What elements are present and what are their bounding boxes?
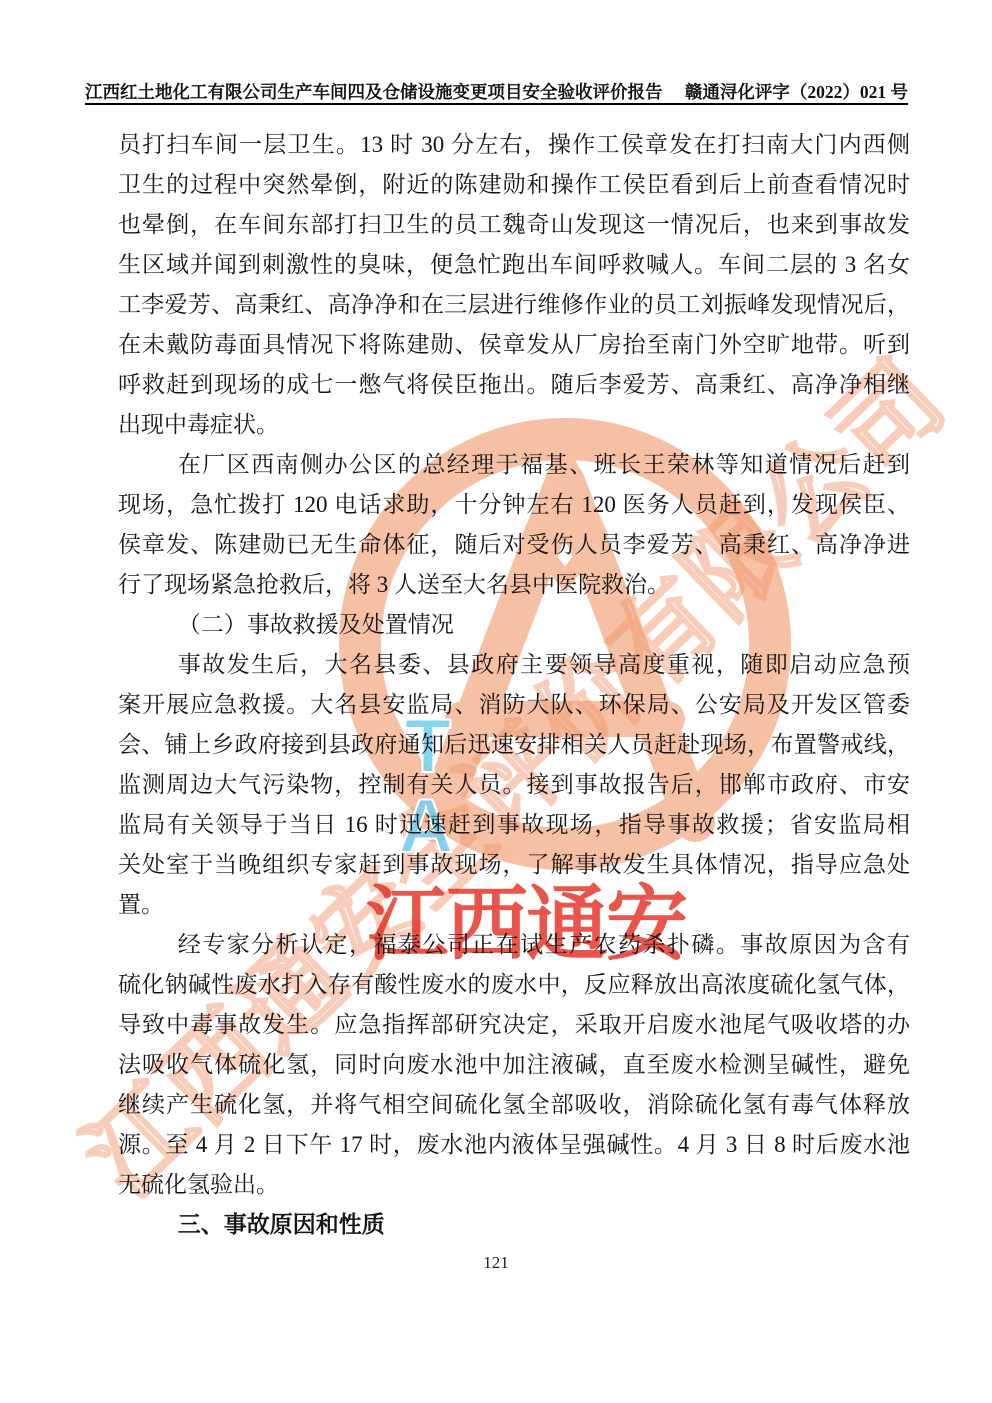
text-line: 现场，急忙拨打 120 电话求助，十分钟左右 120 医务人员赶到，发现侯臣、 (118, 485, 910, 525)
text-line: 员打扫车间一层卫生。13 时 30 分左右，操作工侯章发在打扫南大门内西侧 (118, 125, 910, 165)
text-line: 监局有关领导于当日 16 时迅速赶到事故现场，指导事故救援；省安监局相 (118, 805, 910, 845)
text-line: 侯章发、陈建勋已无生命体征，随后对受伤人员李爱芳、高秉红、高净净进 (118, 525, 910, 565)
text-line: 置。 (118, 885, 910, 925)
text-line: 监测周边大气污染物，控制有关人员。接到事故报告后，邯郸市政府、市安 (118, 765, 910, 805)
text-line: 硫化钠碱性废水打入存有酸性废水的废水中，反应释放出高浓度硫化氢气体， (118, 965, 910, 1005)
text-line: 经专家分析认定，福泰公司正在试生产农药杀扑磷。事故原因为含有 (118, 925, 910, 965)
text-line: 在未戴防毒面具情况下将陈建勋、侯章发从厂房抬至南门外空旷地带。听到 (118, 325, 910, 365)
page-number: 121 (0, 1253, 992, 1273)
page-header: 江西红土地化工有限公司生产车间四及仓储设施变更项目安全验收评价报告 赣通浔化评字… (85, 79, 908, 104)
text-line: 工李爱芳、高秉红、高净净和在三层进行维修作业的员工刘振峰发现情况后， (118, 285, 910, 325)
text-line: 事故发生后，大名县委、县政府主要领导高度重视，随即启动应急预 (118, 645, 910, 685)
report-page: 江西通安全评价有限公司 T A 江西通安 江西红土地化工有限公司生产 (0, 0, 992, 1403)
text-line: 导致中毒事故发生。应急指挥部研究决定，采取开启废水池尾气吸收塔的办 (118, 1005, 910, 1045)
text-line: 案开展应急救援。大名县安监局、消防大队、环保局、公安局及开发区管委 (118, 685, 910, 725)
text-line: 卫生的过程中突然晕倒，附近的陈建勋和操作工侯臣看到后上前查看情况时 (118, 165, 910, 205)
page-content: 江西红土地化工有限公司生产车间四及仓储设施变更项目安全验收评价报告 赣通浔化评字… (0, 0, 992, 1403)
text-line: 行了现场紧急抢救后，将 3 人送至大名县中医院救治。 (118, 565, 910, 605)
text-line: 三、事故原因和性质 (118, 1205, 910, 1245)
text-line: 在厂区西南侧办公区的总经理于福基、班长王荣林等知道情况后赶到 (118, 445, 910, 485)
text-line: 生区域并闻到刺激性的臭味，便急忙跑出车间呼救喊人。车间二层的 3 名女 (118, 245, 910, 285)
text-line: 也晕倒，在车间东部打扫卫生的员工魏奇山发现这一情况后，也来到事故发 (118, 205, 910, 245)
text-line: （二）事故救援及处置情况 (118, 605, 910, 645)
text-line: 无硫化氢验出。 (118, 1165, 910, 1205)
text-line: 出现中毒症状。 (118, 405, 910, 445)
header-doc-number: 赣通浔化评字（2022）021 号 (685, 79, 908, 104)
body-text: 员打扫车间一层卫生。13 时 30 分左右，操作工侯章发在打扫南大门内西侧卫生的… (118, 125, 910, 1245)
text-line: 关处室于当晚组织专家赶到事故现场，了解事故发生具体情况，指导应急处 (118, 845, 910, 885)
text-line: 法吸收气体硫化氢，同时向废水池中加注液碱，直至废水检测呈碱性，避免 (118, 1045, 910, 1085)
header-report-title: 江西红土地化工有限公司生产车间四及仓储设施变更项目安全验收评价报告 (85, 79, 663, 104)
header-rule (85, 103, 908, 105)
text-line: 会、铺上乡政府接到县政府通知后迅速安排相关人员赶赴现场，布置警戒线， (118, 725, 910, 765)
text-line: 继续产生硫化氢，并将气相空间硫化氢全部吸收，消除硫化氢有毒气体释放 (118, 1085, 910, 1125)
text-line: 源。至 4 月 2 日下午 17 时，废水池内液体呈强碱性。4 月 3 日 8 … (118, 1125, 910, 1165)
text-line: 呼救赶到现场的成七一憋气将侯臣拖出。随后李爱芳、高秉红、高净净相继 (118, 365, 910, 405)
